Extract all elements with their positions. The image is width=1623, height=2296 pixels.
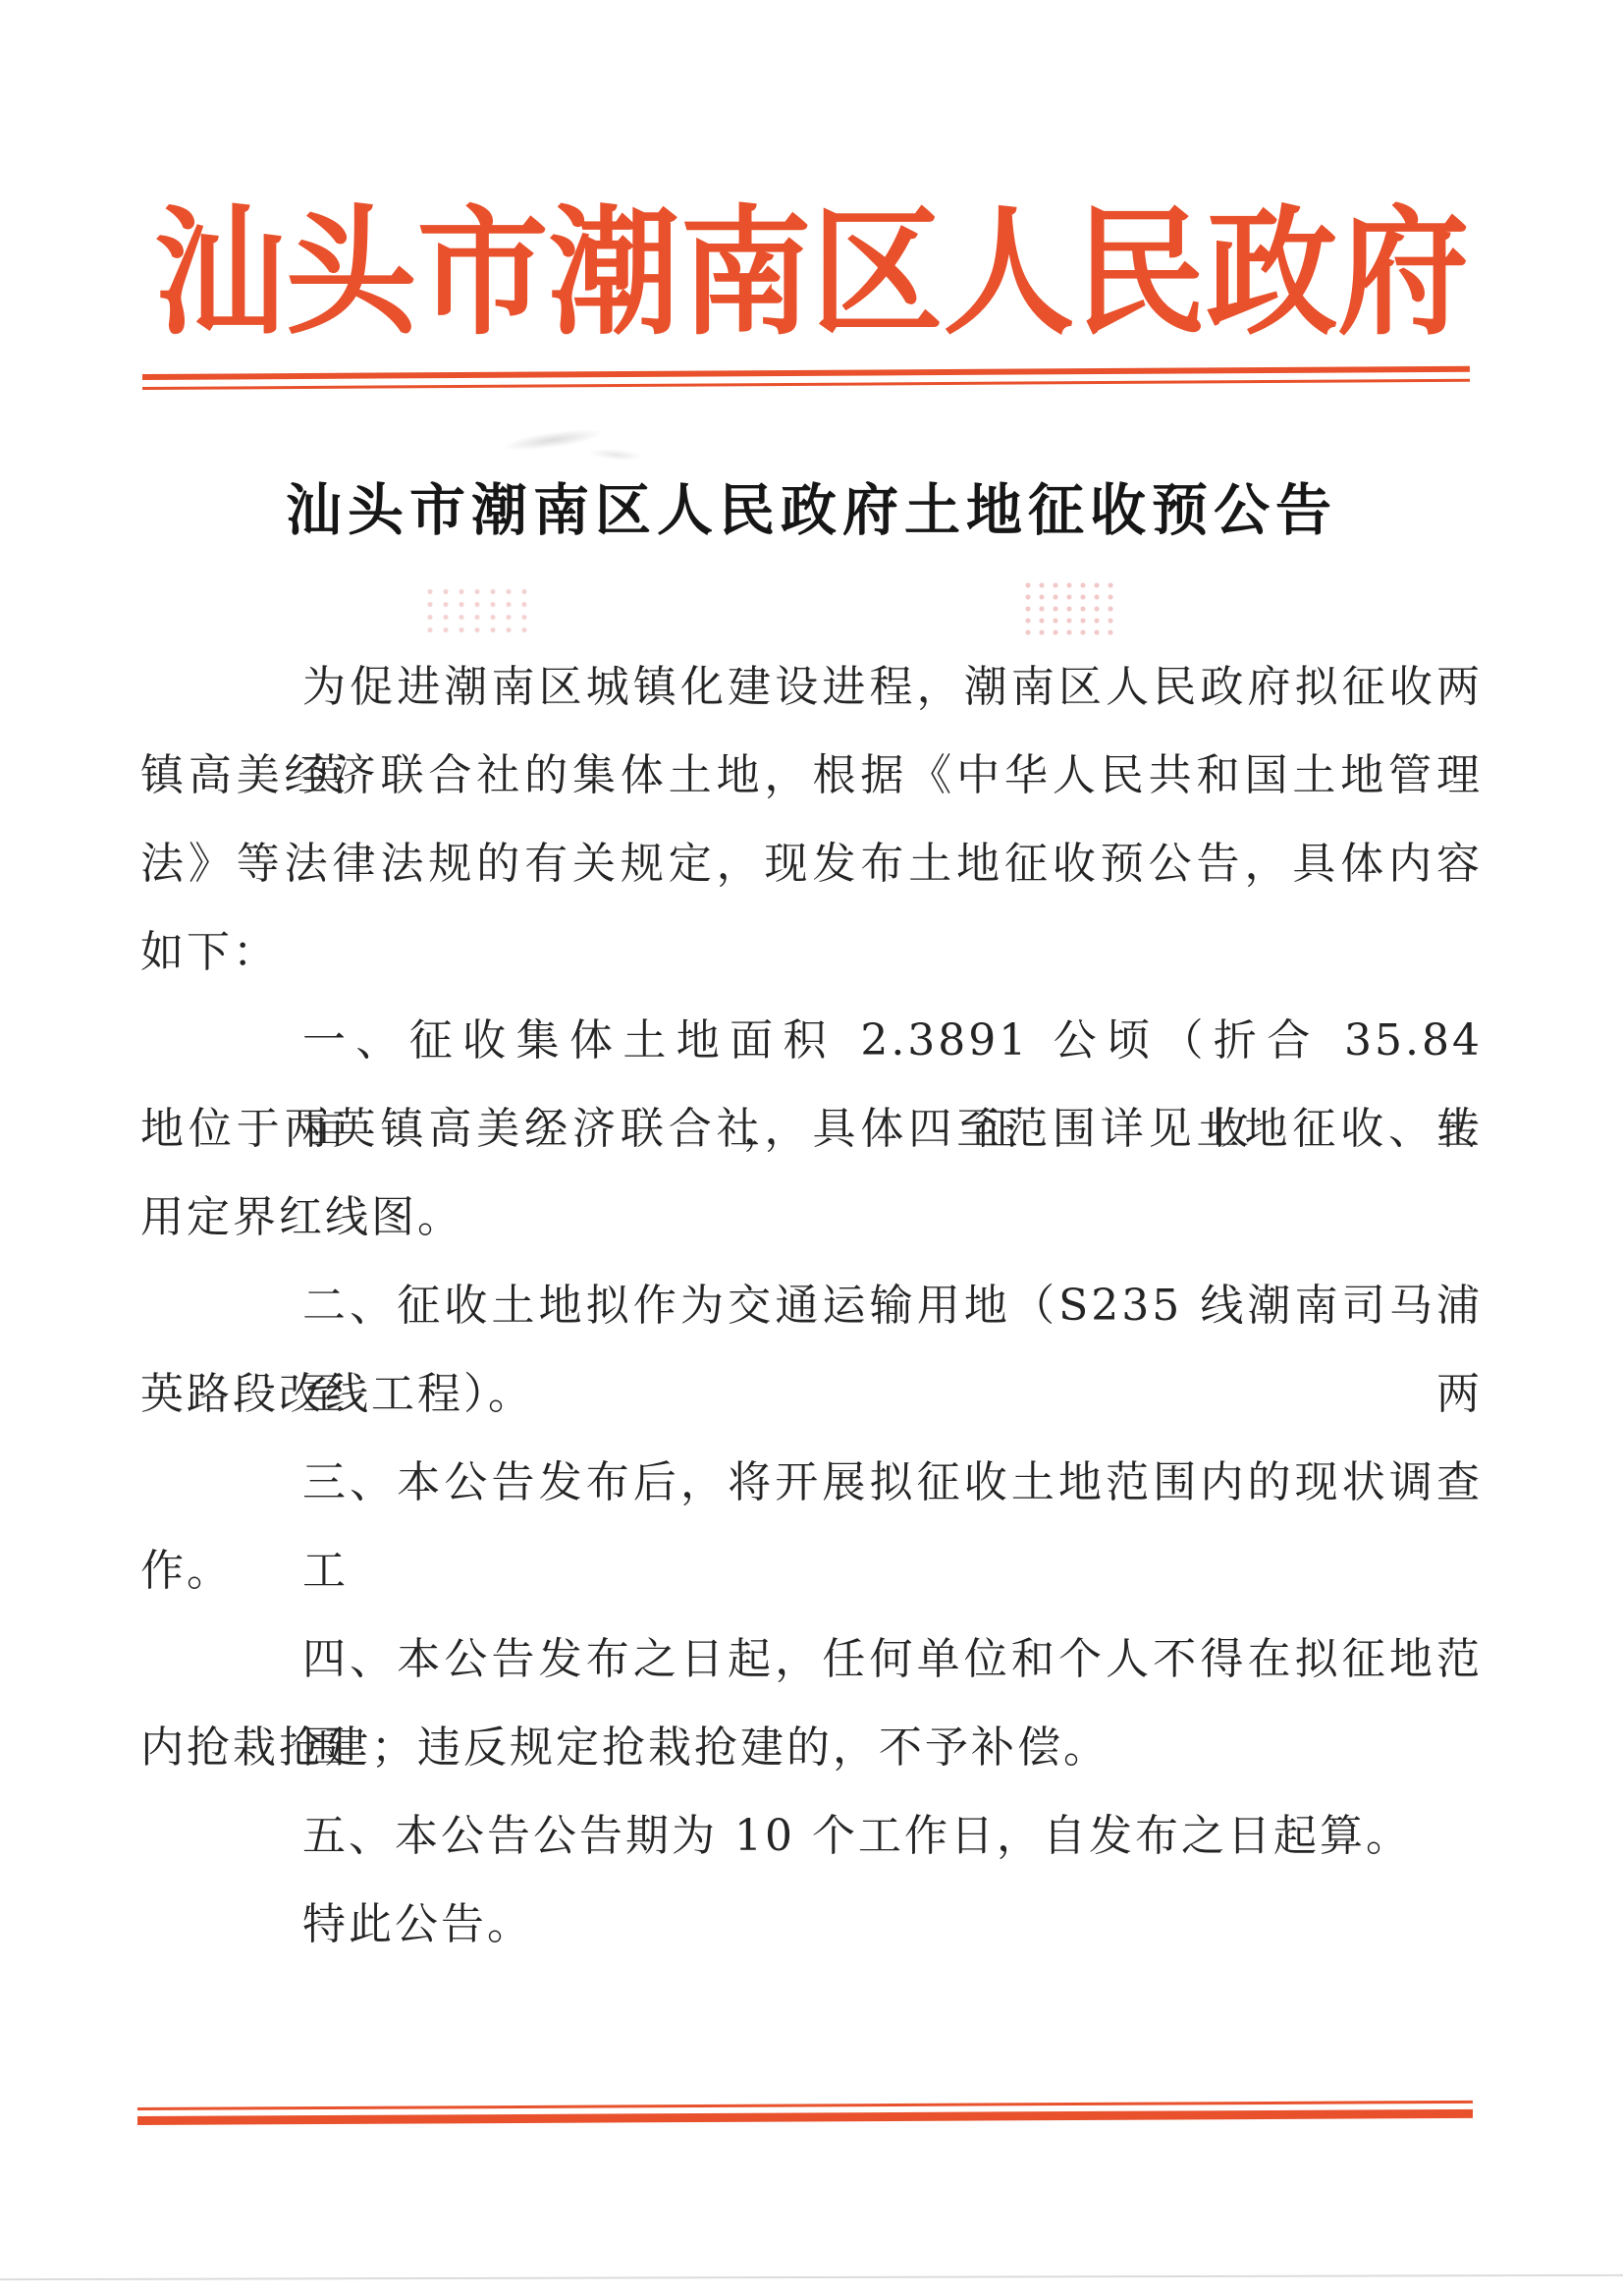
- body-line: 二、征收土地拟作为交通运输用地（S235 线潮南司马浦至两: [140, 1262, 1483, 1350]
- body-line: 地位于两英镇高美经济联合社，具体四至范围详见土地征收、转: [140, 1085, 1483, 1174]
- scan-smudge-artifact: [581, 445, 651, 465]
- body-line: 一、征收集体土地面积 2.3891 公顷（折合 35.84 亩），征收土: [140, 997, 1483, 1085]
- body-line: 镇高美经济联合社的集体土地，根据《中华人民共和国土地管理: [140, 732, 1483, 820]
- footer-double-rule: [137, 2101, 1473, 2125]
- body-line: 五、本公告公告期为 10 个工作日，自发布之日起算。: [140, 1792, 1483, 1881]
- scan-page-edge-artifact: [0, 2274, 1623, 2280]
- body-line: 法》等法律法规的有关规定，现发布土地征收预公告，具体内容: [140, 820, 1483, 908]
- faded-stamp-artifact: [422, 585, 530, 636]
- body-line: 用定界红线图。: [140, 1174, 1483, 1262]
- body-line: 特此公告。: [140, 1881, 1483, 1969]
- body-line: 为促进潮南区城镇化建设进程，潮南区人民政府拟征收两英: [140, 643, 1483, 732]
- body-line: 四、本公告发布之日起，任何单位和个人不得在拟征地范围: [140, 1615, 1483, 1704]
- notice-body: 为促进潮南区城镇化建设进程，潮南区人民政府拟征收两英 镇高美经济联合社的集体土地…: [140, 643, 1483, 1969]
- body-line: 内抢栽抢建；违反规定抢栽抢建的，不予补偿。: [140, 1704, 1483, 1792]
- body-line: 三、本公告发布后，将开展拟征收土地范围内的现状调查工: [140, 1439, 1483, 1527]
- letterhead-double-rule: [142, 366, 1470, 390]
- scan-smudge-artifact: [488, 421, 618, 459]
- government-letterhead: 汕头市潮南区人民政府: [12, 193, 1610, 354]
- scanned-document-page: 汕头市潮南区人民政府 汕头市潮南区人民政府土地征收预公告 为促进潮南区城镇化建设…: [0, 0, 1623, 2296]
- body-line: 如下：: [140, 908, 1483, 997]
- notice-title: 汕头市潮南区人民政府土地征收预公告: [0, 465, 1623, 546]
- faded-stamp-artifact: [1021, 579, 1119, 638]
